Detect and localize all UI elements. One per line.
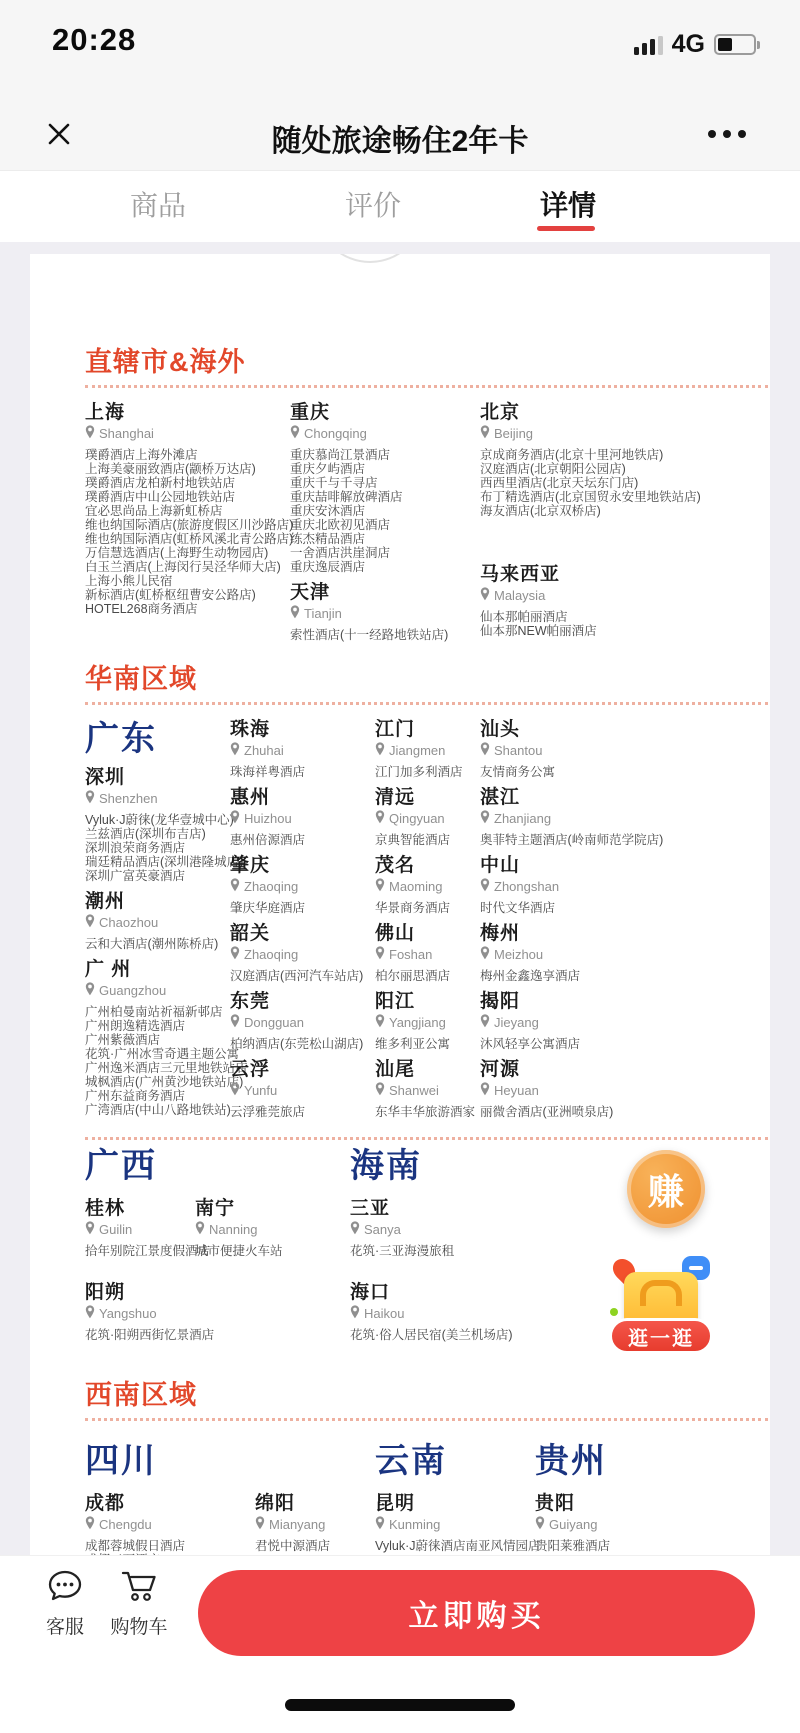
hotel-item: 柏尔丽思酒店 [375,969,480,983]
city-block: 中山Zhongshan时代文华酒店 [480,855,663,915]
city-name-en: Zhanjiang [494,811,551,826]
tab-details[interactable]: 详情 [538,171,598,242]
hotel-item: 新标酒店(虹桥枢纽曹安公路店) [85,588,290,602]
pin-icon [230,742,240,759]
hotel-item: 白玉兰酒店(上海闵行吴泾华师大店) [85,560,290,574]
city-name-en: Jiangmen [389,743,445,758]
hotel-list: 东华丰华旅游酒家 [375,1105,480,1119]
pin-icon [480,587,490,604]
province-groups-row: 上海Shanghai璞爵酒店上海外滩店上海美豪丽致酒店(颛桥万达店)璞爵酒店龙柏… [85,402,770,650]
hotel-item: 璞爵酒店上海外滩店 [85,448,290,462]
city-name: 桂林 [85,1198,195,1219]
city-name: 成都 [85,1493,255,1514]
pin-icon [375,1082,385,1099]
buy-now-button[interactable]: 立即购买 [198,1570,755,1656]
city-block: 梅州Meizhou梅州金鑫逸享酒店 [480,923,663,983]
hotel-item: 城枫酒店(广州黄沙地铁站店) [85,1075,230,1089]
hotel-item: 璞爵酒店中山公园地铁站店 [85,490,290,504]
city-location: Zhaoqing [230,946,375,963]
hotel-item: 重庆安沐酒店 [290,504,480,518]
city-location: Qingyuan [375,810,480,827]
hotel-item: 重庆慕尚江景酒店 [290,448,480,462]
city-name: 贵阳 [535,1493,610,1514]
status-time: 20:28 [52,22,136,58]
city-location: Shanwei [375,1082,480,1099]
hotel-item: 花筑·俗人居民宿(美兰机场店) [350,1328,513,1342]
city-name: 茂名 [375,855,480,876]
hotel-item: 城市便捷火车站 [195,1244,283,1258]
hotel-item: 汉庭酒店(西河汽车站店) [230,969,375,983]
city-name: 韶关 [230,923,375,944]
city-name-en: Meizhou [494,947,543,962]
hotel-sections: 直辖市&海外上海Shanghai璞爵酒店上海外滩店上海美豪丽致酒店(颛桥万达店)… [85,347,770,1641]
pin-icon [480,1082,490,1099]
hotel-item: 拾年别院江景度假酒店 [85,1244,195,1258]
city-block: 南宁Nanning城市便捷火车站 [195,1198,283,1258]
pin-icon [230,1082,240,1099]
city-name-en: Malaysia [494,588,545,603]
pin-icon [375,810,385,827]
dotted-divider [85,702,768,705]
city-name: 南宁 [195,1198,283,1219]
hotel-list: 友情商务公寓 [480,765,663,779]
city-name-en: Yangjiang [389,1015,446,1030]
city-name-en: Shanwei [389,1083,439,1098]
hotel-list: 广州柏曼南站祈福新邨店广州朗逸精选酒店广州紫薇酒店花筑·广州冰雪奇遇主题公寓广州… [85,1005,230,1117]
hotel-item: 京典智能酒店 [375,833,480,847]
hotel-item: 重庆逸辰酒店 [290,560,480,574]
pin-icon [350,1221,360,1238]
city-location: Chengdu [85,1516,255,1533]
pin-icon [230,878,240,895]
pin-icon [480,1014,490,1031]
hotel-item: 珠海祥粤酒店 [230,765,375,779]
city-location: Haikou [350,1305,513,1322]
city-location: Malaysia [480,587,701,604]
pin-icon [480,742,490,759]
hotel-list: 江门加多利酒店 [375,765,480,779]
hotel-item: 成都蓉城假日酒店 [85,1539,255,1553]
city-name: 阳江 [375,991,480,1012]
more-icon[interactable] [708,130,746,138]
pin-icon [230,1014,240,1031]
city-block: 东莞Dongguan柏纳酒店(东莞松山湖店) [230,991,375,1051]
city-name: 马来西亚 [480,564,701,585]
city-block: 阳朔Yangshuo花筑·阳朔西街忆景酒店 [85,1282,195,1342]
city-name-en: Zhaoqing [244,879,298,894]
hotel-item: 友情商务公寓 [480,765,663,779]
hotel-item: 京成商务酒店(北京十里河地铁店) [480,448,701,462]
network-label: 4G [672,30,705,59]
city-location: Guangzhou [85,982,230,999]
city-name: 河源 [480,1059,663,1080]
bottom-action-bar: 客服 购物车 立即购买 [0,1555,800,1733]
hotel-list: 惠州倍源酒店 [230,833,375,847]
city-name-en: Qingyuan [389,811,445,826]
hotel-item: 丽微舍酒店(亚洲喷泉店) [480,1105,663,1119]
hotel-list: 梅州金鑫逸享酒店 [480,969,663,983]
hotel-item: 布丁精选酒店(北京国贸永安里地铁站店) [480,490,701,504]
hotel-item: 上海小熊儿民宿 [85,574,290,588]
province-title: 海南 [350,1146,513,1186]
region-section-municipal: 直辖市&海外上海Shanghai璞爵酒店上海外滩店上海美豪丽致酒店(颛桥万达店)… [85,347,770,650]
pin-icon [230,810,240,827]
city-name: 阳朔 [85,1282,195,1303]
city-name-en: Maoming [389,879,442,894]
city-block: 绵阳Mianyang君悦中源酒店 [255,1493,330,1553]
hotel-list: 仙本那帕丽酒店仙本那NEW帕丽酒店 [480,610,701,638]
province-group-hainan: 海南三亚Sanya花筑·三亚海漫旅租海口Haikou花筑·俗人居民宿(美兰机场店… [350,1146,513,1366]
city-location: Yangjiang [375,1014,480,1031]
city-name: 佛山 [375,923,480,944]
hotel-item: 西西里酒店(北京天坛东门店) [480,476,701,490]
hotel-list: 云浮雅莞旅店 [230,1105,375,1119]
hotel-item: 兰兹酒店(深圳布吉店) [85,827,230,841]
hotel-item: 瑞廷精品酒店(深圳港隆城店) [85,855,230,869]
city-block: 肇庆Zhaoqing肇庆华庭酒店 [230,855,375,915]
hotel-item: 海友酒店(北京双桥店) [480,504,701,518]
city-block: 昆明KunmingVyluk·J蔚徕酒店南亚风情园店 [375,1493,541,1553]
city-name-en: Zhongshan [494,879,559,894]
city-block: 天津Tianjin索性酒店(十一经路地铁站店) [290,582,480,642]
city-location: Mianyang [255,1516,330,1533]
hotel-item: 奥菲特主题酒店(岭南师范学院店) [480,833,663,847]
customer-service-label: 客服 [34,1612,96,1639]
city-location: Guilin [85,1221,195,1238]
city-name: 上海 [85,402,290,423]
city-name: 东莞 [230,991,375,1012]
hotel-item: 万信慧选酒店(上海野生动物园店) [85,546,290,560]
hotel-list: 花筑·阳朔西街忆景酒店 [85,1328,195,1342]
city-block: 汕尾Shanwei东华丰华旅游酒家 [375,1059,480,1119]
hotel-item: 维也纳国际酒店(旅游度假区川沙路店) [85,518,290,532]
hotel-item: 花筑·阳朔西街忆景酒店 [85,1328,195,1342]
cart-button[interactable]: 购物车 [106,1569,172,1639]
city-location: Chongqing [290,425,480,442]
city-location: Sanya [350,1221,513,1238]
dotted-divider [85,1418,768,1421]
pin-icon [375,1516,385,1533]
city-block: 清远Qingyuan京典智能酒店 [375,787,480,847]
city-name-en: Guiyang [549,1517,597,1532]
city-name-en: Sanya [364,1222,401,1237]
province-group-guangxi: 广西桂林Guilin拾年别院江景度假酒店阳朔Yangshuo花筑·阳朔西街忆景酒… [85,1146,350,1366]
hotel-list: 京成商务酒店(北京十里河地铁店)汉庭酒店(北京朝阳公园店)西西里酒店(北京天坛东… [480,448,701,518]
city-block: 上海Shanghai璞爵酒店上海外滩店上海美豪丽致酒店(颛桥万达店)璞爵酒店龙柏… [85,402,290,616]
city-name: 潮州 [85,891,230,912]
hotel-item: 广州柏曼南站祈福新邨店 [85,1005,230,1019]
city-name: 北京 [480,402,701,423]
hotel-item: HOTEL268商务酒店 [85,602,290,616]
city-block: 马来西亚Malaysia仙本那帕丽酒店仙本那NEW帕丽酒店 [480,564,701,638]
hotel-list: 柏尔丽思酒店 [375,969,480,983]
dotted-divider [85,385,768,388]
signal-icon [634,35,663,55]
pin-icon [85,1305,95,1322]
pin-icon [480,810,490,827]
hotel-item: 上海美豪丽致酒店(颛桥万达店) [85,462,290,476]
pin-icon [480,946,490,963]
hotel-list: 索性酒店(十一经路地铁站店) [290,628,480,642]
hotel-item: 重庆喆啡解放碑酒店 [290,490,480,504]
city-name-en: Shenzhen [99,791,158,806]
cart-icon [120,1569,158,1603]
hotel-list: 柏纳酒店(东莞松山湖店) [230,1037,375,1051]
city-block: 北京Beijing京成商务酒店(北京十里河地铁店)汉庭酒店(北京朝阳公园店)西西… [480,402,701,518]
city-block: 佛山Foshan柏尔丽思酒店 [375,923,480,983]
city-block: 云浮Yunfu云浮雅莞旅店 [230,1059,375,1119]
pin-icon [85,1221,95,1238]
hotel-list: 珠海祥粤酒店 [230,765,375,779]
hotel-list: 花筑·三亚海漫旅租 [350,1244,513,1258]
hotel-list: 丽微舍酒店(亚洲喷泉店) [480,1105,663,1119]
city-name-en: Haikou [364,1306,404,1321]
city-location: Foshan [375,946,480,963]
city-block: 广 州Guangzhou广州柏曼南站祈福新邨店广州朗逸精选酒店广州紫薇酒店花筑·… [85,959,230,1117]
city-location: Zhongshan [480,878,663,895]
city-block: 惠州Huizhou惠州倍源酒店 [230,787,375,847]
pin-icon [85,790,95,807]
pin-icon [85,1516,95,1533]
pin-icon [255,1516,265,1533]
hotel-list: 璞爵酒店上海外滩店上海美豪丽致酒店(颛桥万达店)璞爵酒店龙柏新村地铁站店璞爵酒店… [85,448,290,616]
cart-label: 购物车 [106,1612,172,1639]
city-name-en: Guangzhou [99,983,166,998]
city-name: 汕头 [480,719,663,740]
province-title: 贵州 [535,1441,610,1481]
hotel-list: 奥菲特主题酒店(岭南师范学院店) [480,833,663,847]
city-location: Meizhou [480,946,663,963]
city-name-en: Chongqing [304,426,367,441]
nav-bar: 随处旅途畅住2年卡 [0,100,800,170]
hotel-item: 广州紫薇酒店 [85,1033,230,1047]
hotel-item: 贵阳莱雅酒店 [535,1539,610,1553]
tab-bar: 商品 评价 详情 [0,170,800,242]
pin-icon [375,742,385,759]
hotel-item: 重庆千与千寻店 [290,476,480,490]
scroll-arc-decoration [315,254,425,263]
hotel-item: 维多利亚公寓 [375,1037,480,1051]
hotel-item: 时代文华酒店 [480,901,663,915]
city-name-en: Zhaoqing [244,947,298,962]
hotel-item: 宜必思尚品上海新虹桥店 [85,504,290,518]
hotel-list: 维多利亚公寓 [375,1037,480,1051]
home-indicator[interactable] [285,1699,515,1711]
city-name: 云浮 [230,1059,375,1080]
city-block: 阳江Yangjiang维多利亚公寓 [375,991,480,1051]
app-screen: 20:28 4G 随处旅途畅住2年卡 商品 评价 详情 直辖市&海外上海Shan… [0,0,800,1733]
city-location: Shantou [480,742,663,759]
city-name: 广 州 [85,959,230,980]
city-name: 湛江 [480,787,663,808]
hotel-item: 东华丰华旅游酒家 [375,1105,480,1119]
city-name: 清远 [375,787,480,808]
hotel-list: 时代文华酒店 [480,901,663,915]
pin-icon [85,914,95,931]
hotel-item: 花筑·三亚海漫旅租 [350,1244,513,1258]
hotel-item: 云和大酒店(潮州陈桥店) [85,937,230,951]
city-location: Jiangmen [375,742,480,759]
chat-icon [47,1569,83,1603]
city-name: 揭阳 [480,991,663,1012]
hotel-list: 君悦中源酒店 [255,1539,330,1553]
hotel-list: 拾年别院江景度假酒店 [85,1244,195,1258]
hotel-list: 贵阳莱雅酒店 [535,1539,610,1553]
hotel-item: 仙本那NEW帕丽酒店 [480,624,701,638]
province-title: 四川 [85,1441,375,1481]
region-title: 西南区域 [85,1380,770,1410]
city-name: 惠州 [230,787,375,808]
hotel-item: 维也纳国际酒店(虹桥风溪北青公路店) [85,532,290,546]
pin-icon [85,982,95,999]
hotel-item: 君悦中源酒店 [255,1539,330,1553]
pin-icon [290,605,300,622]
city-name-en: Mianyang [269,1517,325,1532]
city-name: 三亚 [350,1198,513,1219]
hotel-item: 江门加多利酒店 [375,765,480,779]
city-block: 湛江Zhanjiang奥菲特主题酒店(岭南师范学院店) [480,787,663,847]
hotel-item: Vyluk·J蔚徕(龙华壹城中心) [85,813,230,827]
pin-icon [375,1014,385,1031]
city-block: 潮州Chaozhou云和大酒店(潮州陈桥店) [85,891,230,951]
city-block: 深圳ShenzhenVyluk·J蔚徕(龙华壹城中心)兰兹酒店(深圳布吉店)深圳… [85,767,230,883]
hotel-item: 云浮雅莞旅店 [230,1105,375,1119]
city-location: Zhuhai [230,742,375,759]
hotel-item: 索性酒店(十一经路地铁站店) [290,628,480,642]
hotel-item: 广州逸米酒店三元里地铁站店 [85,1061,230,1075]
city-location: Kunming [375,1516,541,1533]
city-location: Maoming [375,878,480,895]
city-location: Jieyang [480,1014,663,1031]
city-name: 中山 [480,855,663,876]
pin-icon [480,878,490,895]
hotel-item: 深圳广富英豪酒店 [85,869,230,883]
city-name-en: Zhuhai [244,743,284,758]
pin-icon [195,1221,205,1238]
customer-service-button[interactable]: 客服 [34,1569,96,1639]
city-name-en: Jieyang [494,1015,539,1030]
page-title: 随处旅途畅住2年卡 [0,116,800,160]
city-location: Chaozhou [85,914,230,931]
region-title: 直辖市&海外 [85,347,770,377]
hotel-item: 沐风轻享公寓酒店 [480,1037,663,1051]
hotel-item: 一舍酒店洪崖洞店 [290,546,480,560]
hotel-item: Vyluk·J蔚徕酒店南亚风情园店 [375,1539,541,1553]
pin-icon [480,425,490,442]
city-name: 海口 [350,1282,513,1303]
city-name-en: Heyuan [494,1083,539,1098]
hotel-item: 华景商务酒店 [375,901,480,915]
city-name-en: Foshan [389,947,432,962]
province-group-municipal-all: 上海Shanghai璞爵酒店上海外滩店上海美豪丽致酒店(颛桥万达店)璞爵酒店龙柏… [85,402,701,650]
city-name: 昆明 [375,1493,541,1514]
city-location: Yunfu [230,1082,375,1099]
city-location: Huizhou [230,810,375,827]
city-block: 江门Jiangmen江门加多利酒店 [375,719,480,779]
city-location: Zhaoqing [230,878,375,895]
detail-card: 直辖市&海外上海Shanghai璞爵酒店上海外滩店上海美豪丽致酒店(颛桥万达店)… [30,254,770,1733]
active-tab-underline [537,226,595,231]
hotel-item: 花筑·广州冰雪奇遇主题公寓 [85,1047,230,1061]
city-block: 河源Heyuan丽微舍酒店(亚洲喷泉店) [480,1059,663,1119]
tab-reviews[interactable]: 评价 [343,171,403,242]
hotel-item: 广湾酒店(中山八路地铁站) [85,1103,230,1117]
city-name: 绵阳 [255,1493,330,1514]
city-location: Guiyang [535,1516,610,1533]
city-location: Zhanjiang [480,810,663,827]
city-name-en: Yangshuo [99,1306,157,1321]
hotel-item: 璞爵酒店龙柏新村地铁站店 [85,476,290,490]
city-name-en: Yunfu [244,1083,277,1098]
hotel-item: 肇庆华庭酒店 [230,901,375,915]
detail-content[interactable]: 直辖市&海外上海Shanghai璞爵酒店上海外滩店上海美豪丽致酒店(颛桥万达店)… [0,242,800,1733]
city-name: 珠海 [230,719,375,740]
city-name: 重庆 [290,402,480,423]
hotel-item: 广州东益商务酒店 [85,1089,230,1103]
pin-icon [375,946,385,963]
hotel-item: 重庆北欧初见酒店 [290,518,480,532]
earn-badge[interactable]: 赚 [627,1150,705,1228]
hotel-list: 华景商务酒店 [375,901,480,915]
city-name-en: Beijing [494,426,533,441]
hotel-list: 汉庭酒店(西河汽车站店) [230,969,375,983]
hotel-item: 汉庭酒店(北京朝阳公园店) [480,462,701,476]
city-block: 贵阳Guiyang贵阳莱雅酒店 [535,1493,610,1553]
city-block: 韶关Zhaoqing汉庭酒店(西河汽车站店) [230,923,375,983]
hotel-list: 城市便捷火车站 [195,1244,283,1258]
hotel-list: 肇庆华庭酒店 [230,901,375,915]
stroll-badge[interactable]: 逛一逛 [608,1262,714,1354]
status-bar: 20:28 4G [0,0,800,100]
city-name-en: Shantou [494,743,542,758]
green-dot-decoration [610,1308,618,1316]
province-title: 云南 [375,1441,535,1481]
city-location: Heyuan [480,1082,663,1099]
city-block: 揭阳Jieyang沐风轻享公寓酒店 [480,991,663,1051]
city-location: Nanning [195,1221,283,1238]
city-name: 深圳 [85,767,230,788]
dotted-divider [85,1137,768,1140]
hotel-item: 重庆夕屿酒店 [290,462,480,476]
city-name: 肇庆 [230,855,375,876]
province-title: 广西 [85,1146,350,1186]
tab-goods[interactable]: 商品 [128,171,188,242]
battery-icon [714,34,760,55]
hotel-item: 梅州金鑫逸享酒店 [480,969,663,983]
city-name-en: Shanghai [99,426,154,441]
city-name-en: Nanning [209,1222,257,1237]
pin-icon [230,946,240,963]
city-name: 天津 [290,582,480,603]
hotel-item: 惠州倍源酒店 [230,833,375,847]
city-block: 三亚Sanya花筑·三亚海漫旅租 [350,1198,513,1258]
hotel-list: 沐风轻享公寓酒店 [480,1037,663,1051]
hotel-list: Vyluk·J蔚徕酒店南亚风情园店 [375,1539,541,1553]
city-location: Tianjin [290,605,480,622]
city-name: 梅州 [480,923,663,944]
hotel-item: 广州朗逸精选酒店 [85,1019,230,1033]
city-location: Dongguan [230,1014,375,1031]
stroll-badge-label: 逛一逛 [609,1318,713,1354]
pin-icon [350,1305,360,1322]
city-name: 江门 [375,719,480,740]
province-groups-row: 广东深圳ShenzhenVyluk·J蔚徕(龙华壹城中心)兰兹酒店(深圳布吉店)… [85,719,770,1127]
region-title: 华南区域 [85,664,770,694]
pin-icon [375,878,385,895]
city-name-en: Kunming [389,1517,440,1532]
city-block: 珠海Zhuhai珠海祥粤酒店 [230,719,375,779]
hotel-list: 云和大酒店(潮州陈桥店) [85,937,230,951]
